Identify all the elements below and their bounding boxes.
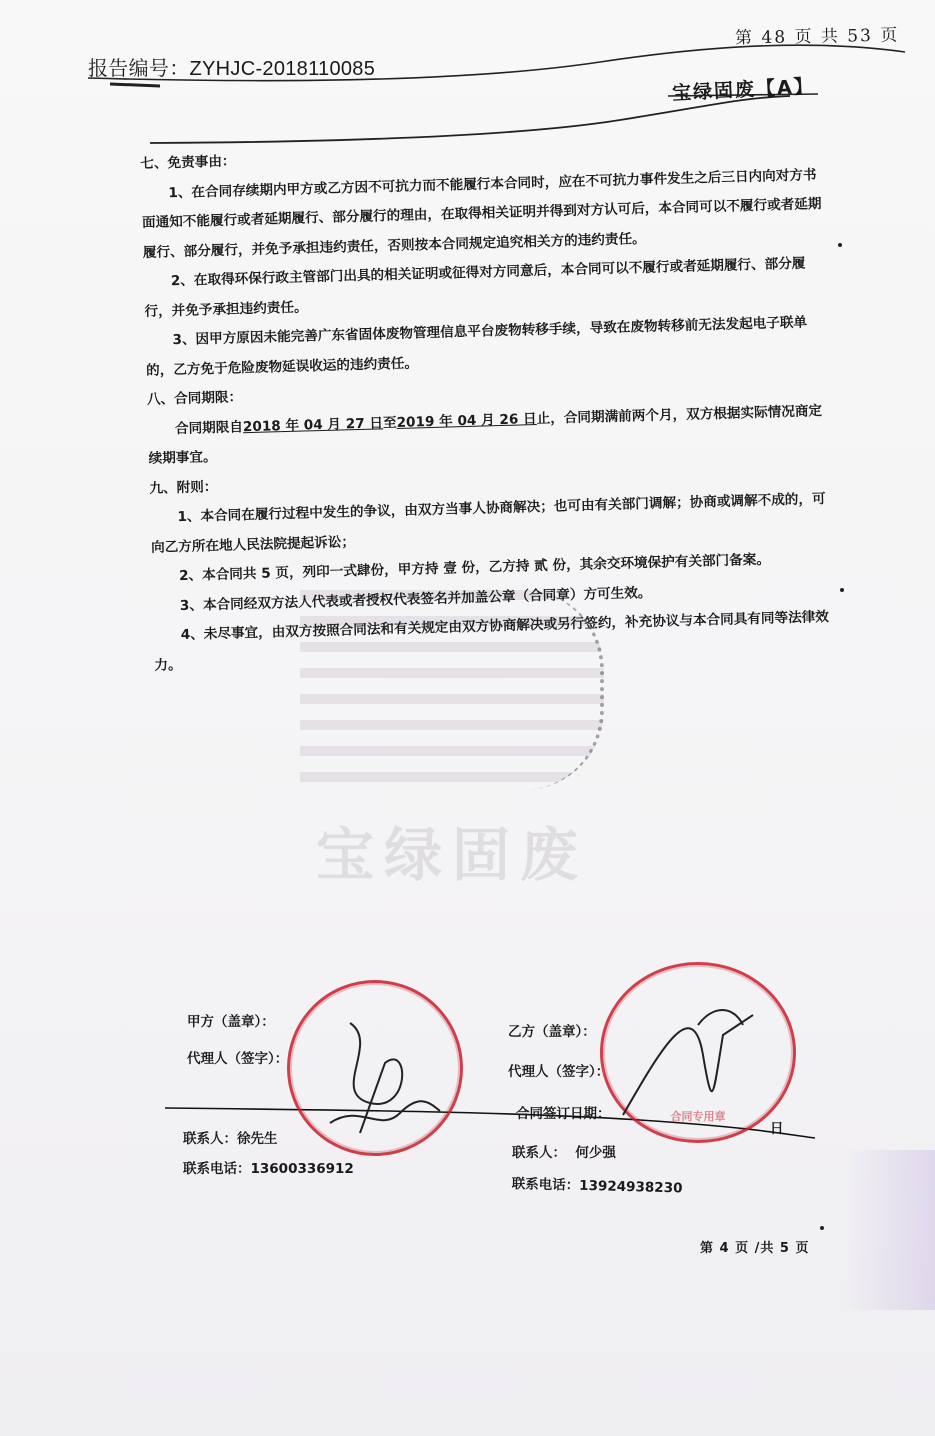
party-b-agent-label: 代理人（签字）：	[508, 1060, 609, 1080]
phone-label: 联系电话：	[511, 1176, 579, 1194]
term-start-date: 2018 年 04 月 27 日	[243, 415, 384, 435]
phone-number: 13924938230	[579, 1178, 683, 1197]
contract-body: 七、免责事由： 1、在合同存续期内甲方或乙方因不可抗力而不能履行本合同时，应在不…	[140, 131, 835, 681]
report-number: 报告编号：ZYHJC-2018110085	[88, 52, 375, 81]
contact-label: 联系人：	[183, 1131, 237, 1147]
party-a-agent-label: 代理人（签字）：	[187, 1047, 288, 1067]
party-a-seal-label: 甲方（盖章）：	[187, 1010, 275, 1030]
party-b-date-suffix: 日	[770, 1117, 784, 1137]
term-end-date: 2019 年 04 月 26 日	[396, 411, 537, 431]
scan-speck	[840, 588, 844, 592]
watermark-text: 宝绿固废	[316, 808, 588, 892]
party-b-contact: 联系人： 何少强	[512, 1141, 616, 1161]
scan-color-tint	[845, 1150, 935, 1310]
scan-speck	[820, 1226, 824, 1230]
party-a-contact: 联系人：徐先生	[183, 1127, 278, 1147]
term-middle: 至	[383, 414, 397, 430]
scanned-document-page: 第 48 页 共 53 页 报告编号：ZYHJC-2018110085 宝绿固废…	[0, 0, 935, 1436]
phone-number: 13600336912	[251, 1161, 354, 1177]
party-b-seal-label: 乙方（盖章）：	[508, 1020, 596, 1040]
contract-page-number: 第 4 页 /共 5 页	[700, 1237, 809, 1256]
contact-name: 徐先生	[237, 1131, 278, 1147]
page-counter: 第 48 页 共 53 页	[734, 21, 899, 49]
party-b-date-label: 合同签订日期：	[516, 1102, 611, 1122]
party-b-seal: 合同专用章	[600, 962, 796, 1143]
scan-speck	[838, 243, 842, 247]
party-a-phone: 联系电话：13600336912	[183, 1157, 354, 1177]
contact-label: 联系人：	[512, 1145, 566, 1161]
party-a-seal	[287, 980, 463, 1156]
contact-name: 何少强	[575, 1145, 616, 1161]
term-prefix: 合同期限自	[175, 419, 243, 437]
party-b-signature-icon	[603, 965, 793, 1140]
party-a-signature-icon	[290, 983, 460, 1153]
phone-label: 联系电话：	[183, 1161, 251, 1177]
